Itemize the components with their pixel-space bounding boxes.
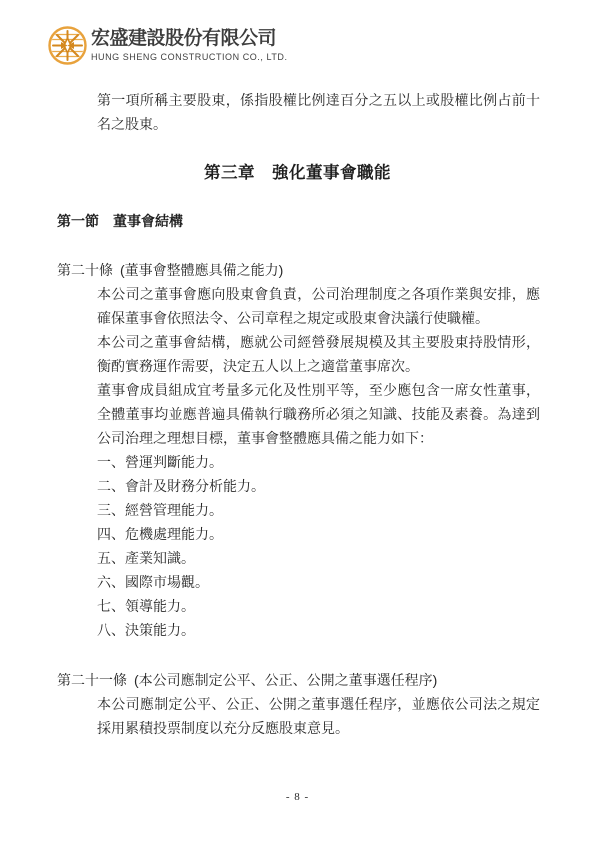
article-21-caption: (本公司應制定公平、公正、公開之董事選任程序) (134, 672, 437, 688)
company-letterhead: 宏盛建設股份有限公司 HUNG SHENG CONSTRUCTION CO., … (47, 25, 288, 66)
capability-item-1: 一、營運判斷能力。 (97, 450, 540, 474)
article-20-heading: 第二十條(董事會整體應具備之能力) (57, 258, 540, 282)
page-number: - 8 - (286, 791, 309, 803)
article-21-heading: 第二十一條(本公司應制定公平、公正、公開之董事選任程序) (57, 668, 540, 692)
article-20-label: 第二十條 (57, 262, 113, 278)
chapter-title: 第三章 強化董事會職能 (0, 159, 595, 183)
section-title: 第一節 董事會結構 (57, 211, 183, 231)
company-names: 宏盛建設股份有限公司 HUNG SHENG CONSTRUCTION CO., … (91, 25, 288, 63)
page-footer: - 8 - (0, 791, 595, 803)
article-20-paragraph-3: 董事會成員組成宜考量多元化及性別平等，至少應包含一席女性董事，全體董事均並應普遍… (97, 378, 540, 450)
article-20: 第二十條(董事會整體應具備之能力) 本公司之董事會應向股東會負責，公司治理制度之… (57, 258, 540, 642)
capability-item-6: 六、國際市場觀。 (97, 570, 540, 594)
article-20-paragraph-1: 本公司之董事會應向股東會負責，公司治理制度之各項作業與安排，應確保董事會依照法令… (97, 282, 540, 330)
article-20-caption: (董事會整體應具備之能力) (120, 262, 283, 278)
article-21-label: 第二十一條 (57, 672, 127, 688)
capability-item-4: 四、危機處理能力。 (97, 522, 540, 546)
company-logo-icon (47, 25, 88, 66)
capability-item-5: 五、產業知識。 (97, 546, 540, 570)
continuation-paragraph: 第一項所稱主要股東，係指股權比例達百分之五以上或股權比例占前十名之股東。 (97, 88, 540, 136)
company-name-zh: 宏盛建設股份有限公司 (91, 26, 288, 50)
capability-list: 一、營運判斷能力。 二、會計及財務分析能力。 三、經營管理能力。 四、危機處理能… (97, 450, 540, 642)
article-21-body: 本公司應制定公平、公正、公開之董事選任程序，並應依公司法之規定採用累積投票制度以… (97, 692, 540, 740)
document-page: 宏盛建設股份有限公司 HUNG SHENG CONSTRUCTION CO., … (0, 0, 595, 842)
capability-item-2: 二、會計及財務分析能力。 (97, 474, 540, 498)
capability-item-3: 三、經營管理能力。 (97, 498, 540, 522)
article-21: 第二十一條(本公司應制定公平、公正、公開之董事選任程序) 本公司應制定公平、公正… (57, 668, 540, 740)
company-name-en: HUNG SHENG CONSTRUCTION CO., LTD. (91, 52, 288, 63)
article-20-paragraph-2: 本公司之董事會結構，應就公司經營發展規模及其主要股東持股情形，衡酌實務運作需要，… (97, 330, 540, 378)
capability-item-7: 七、領導能力。 (97, 594, 540, 618)
article-21-paragraph-1: 本公司應制定公平、公正、公開之董事選任程序，並應依公司法之規定採用累積投票制度以… (97, 692, 540, 740)
article-20-body: 本公司之董事會應向股東會負責，公司治理制度之各項作業與安排，應確保董事會依照法令… (97, 282, 540, 642)
capability-item-8: 八、決策能力。 (97, 618, 540, 642)
